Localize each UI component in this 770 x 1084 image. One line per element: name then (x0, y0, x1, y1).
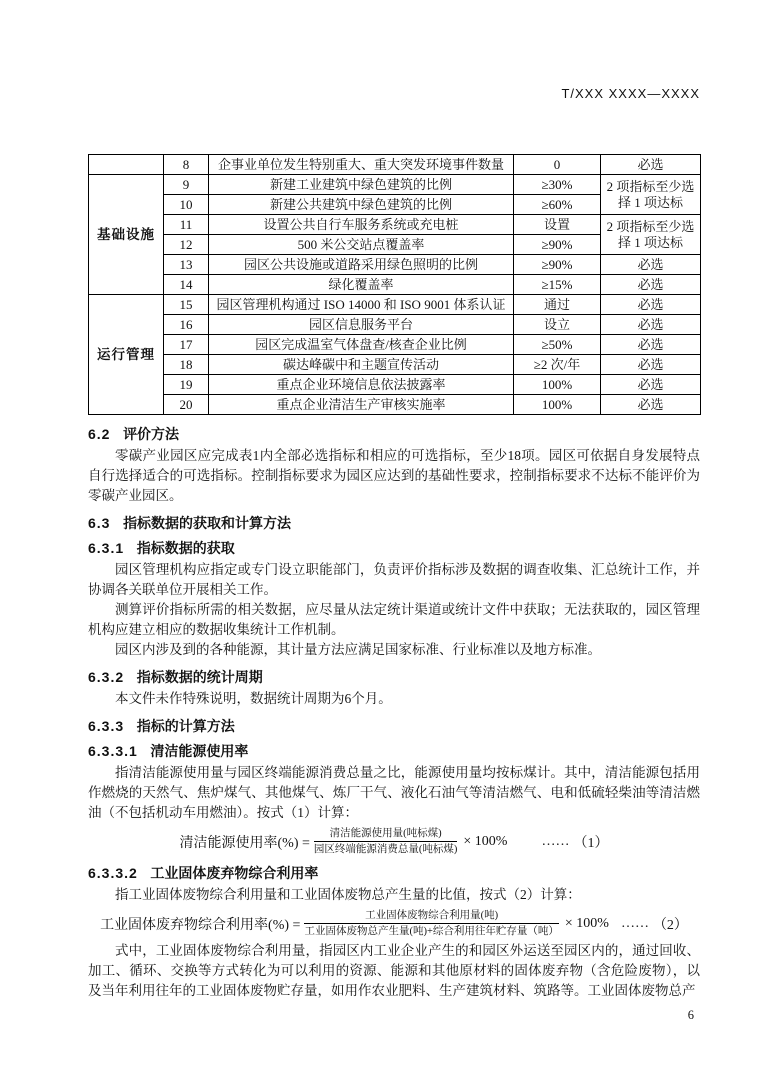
index-cell: 12 (164, 235, 209, 255)
selection-cell: 必选 (601, 335, 701, 355)
paragraph: 园区内涉及到的各种能源，其计量方法应满足国家标准、行业标准以及地方标准。 (88, 640, 700, 660)
doc-number: T/XXX XXXX—XXXX (88, 86, 700, 102)
indicator-name-cell: 园区管理机构通过 ISO 14000 和 ISO 9001 体系认证 (209, 295, 514, 315)
index-cell: 20 (164, 395, 209, 415)
fraction: 工业固体废物综合利用量(吨) 工业固体废物总产生量(吨)+综合利用往年贮存量（吨… (304, 909, 558, 938)
formula-lhs: 清洁能源使用率(%) = (180, 832, 310, 852)
numerator: 清洁能源使用量(吨标煤) (314, 827, 458, 842)
indicator-name-cell: 绿化覆盖率 (209, 275, 514, 295)
paragraph: 本文件未作特殊说明，数据统计周期为6个月。 (88, 689, 700, 709)
table-row: 18 碳达峰碳中和主题宣传活动 ≥2 次/年 必选 (89, 355, 701, 375)
formula-2: 工业固体废弃物综合利用率(%) = 工业固体废物综合利用量(吨) 工业固体废物总… (88, 909, 700, 938)
selection-cell: 必选 (601, 375, 701, 395)
indicator-table: 8 企事业单位发生特别重大、重大突发环境事件数量 0 必选 基础设施 9 新建工… (88, 154, 701, 415)
table-row: 8 企事业单位发生特别重大、重大突发环境事件数量 0 必选 (89, 155, 701, 175)
requirement-cell: 100% (514, 375, 601, 395)
indicator-name-cell: 500 米公交站点覆盖率 (209, 235, 514, 255)
paragraph: 式中，工业固体废物综合利用量，指园区内工业企业产生的和园区外运送至园区内的，通过… (88, 941, 700, 1001)
selection-cell: 2 项指标至少选择 1 项达标 (601, 175, 701, 215)
selection-cell: 必选 (601, 315, 701, 335)
indicator-name-cell: 设置公共自行车服务系统或充电桩 (209, 215, 514, 235)
requirement-cell: 设立 (514, 315, 601, 335)
selection-cell: 必选 (601, 295, 701, 315)
paragraph: 测算评价指标所需的相关数据，应尽量从法定统计渠道或统计文件中获取；无法获取的，园… (88, 600, 700, 640)
page-content: T/XXX XXXX—XXXX 8 企事业单位发生特别重大、重大突发环境事件数量… (88, 86, 700, 1001)
requirement-cell: ≥50% (514, 335, 601, 355)
heading-number: 6.3.3.1 (88, 743, 138, 759)
section-heading-6-3-3: 6.3.3指标的计算方法 (88, 718, 700, 734)
denominator: 园区终端能源消费总量(吨标煤) (314, 842, 458, 856)
category-cell (89, 155, 164, 175)
requirement-cell: ≥2 次/年 (514, 355, 601, 375)
page-number: 6 (688, 1008, 694, 1023)
heading-number: 6.2 (88, 426, 110, 442)
category-cell: 运行管理 (89, 295, 164, 415)
formula-label: （2） (653, 914, 688, 934)
formula-lhs: 工业固体废弃物综合利用率(%) = (100, 914, 300, 934)
heading-number: 6.3.3.2 (88, 865, 138, 881)
formula-dots: …… (541, 834, 569, 850)
indicator-name-cell: 企事业单位发生特别重大、重大突发环境事件数量 (209, 155, 514, 175)
heading-title: 指标数据的获取 (137, 540, 235, 556)
indicator-name-cell: 重点企业环境信息依法披露率 (209, 375, 514, 395)
index-cell: 17 (164, 335, 209, 355)
table-row: 14 绿化覆盖率 ≥15% 必选 (89, 275, 701, 295)
section-heading-6-3-3-2: 6.3.3.2工业固体废弃物综合利用率 (88, 865, 700, 881)
section-heading-6-3-2: 6.3.2指标数据的统计周期 (88, 669, 700, 685)
index-cell: 11 (164, 215, 209, 235)
heading-title: 工业固体废弃物综合利用率 (150, 865, 318, 881)
denominator: 工业固体废物总产生量(吨)+综合利用往年贮存量（吨） (304, 924, 558, 938)
selection-cell: 必选 (601, 395, 701, 415)
paragraph: 园区管理机构应指定或专门设立职能部门，负责评价指标涉及数据的调查收集、汇总统计工… (88, 560, 700, 600)
indicator-name-cell: 园区完成温室气体盘查/核查企业比例 (209, 335, 514, 355)
selection-cell: 必选 (601, 155, 701, 175)
heading-title: 清洁能源使用率 (150, 743, 248, 759)
formula-multiplier: × 100% (463, 834, 507, 850)
requirement-cell: ≥90% (514, 255, 601, 275)
table-row: 16 园区信息服务平台 设立 必选 (89, 315, 701, 335)
formula-1: 清洁能源使用率(%) = 清洁能源使用量(吨标煤) 园区终端能源消费总量(吨标煤… (88, 827, 700, 856)
indicator-name-cell: 新建公共建筑中绿色建筑的比例 (209, 195, 514, 215)
table-row: 20 重点企业清洁生产审核实施率 100% 必选 (89, 395, 701, 415)
section-heading-6-3-3-1: 6.3.3.1清洁能源使用率 (88, 743, 700, 759)
table-row: 13 园区公共设施或道路采用绿色照明的比例 ≥90% 必选 (89, 255, 701, 275)
index-cell: 15 (164, 295, 209, 315)
heading-number: 6.3.2 (88, 669, 124, 685)
heading-number: 6.3.1 (88, 540, 124, 556)
heading-number: 6.3.3 (88, 718, 124, 734)
index-cell: 18 (164, 355, 209, 375)
fraction: 清洁能源使用量(吨标煤) 园区终端能源消费总量(吨标煤) (314, 827, 458, 856)
indicator-name-cell: 重点企业清洁生产审核实施率 (209, 395, 514, 415)
index-cell: 13 (164, 255, 209, 275)
heading-title: 指标数据的统计周期 (137, 669, 263, 685)
selection-cell: 必选 (601, 355, 701, 375)
requirement-cell: ≥90% (514, 235, 601, 255)
heading-number: 6.3 (88, 515, 110, 531)
section-heading-6-3-1: 6.3.1指标数据的获取 (88, 540, 700, 556)
category-cell: 基础设施 (89, 175, 164, 295)
formula-multiplier: × 100% (565, 916, 609, 932)
index-cell: 14 (164, 275, 209, 295)
requirement-cell: ≥15% (514, 275, 601, 295)
selection-cell: 必选 (601, 275, 701, 295)
paragraph: 指清洁能源使用量与园区终端能源消费总量之比，能源使用量均按标煤计。其中，清洁能源… (88, 763, 700, 823)
paragraph: 零碳产业园区应完成表1内全部必选指标和相应的可选指标，至少18项。园区可依据自身… (88, 446, 700, 506)
table-row: 运行管理 15 园区管理机构通过 ISO 14000 和 ISO 9001 体系… (89, 295, 701, 315)
table-row: 17 园区完成温室气体盘查/核查企业比例 ≥50% 必选 (89, 335, 701, 355)
index-cell: 10 (164, 195, 209, 215)
indicator-name-cell: 新建工业建筑中绿色建筑的比例 (209, 175, 514, 195)
formula-label: （1） (573, 832, 608, 852)
formula-dots: …… (621, 916, 649, 932)
indicator-name-cell: 碳达峰碳中和主题宣传活动 (209, 355, 514, 375)
index-cell: 9 (164, 175, 209, 195)
requirement-cell: ≥60% (514, 195, 601, 215)
heading-title: 指标的计算方法 (137, 718, 235, 734)
document-page: T/XXX XXXX—XXXX 8 企事业单位发生特别重大、重大突发环境事件数量… (0, 0, 770, 1084)
table-row: 11 设置公共自行车服务系统或充电桩 设置 2 项指标至少选择 1 项达标 (89, 215, 701, 235)
indicator-name-cell: 园区信息服务平台 (209, 315, 514, 335)
table-row: 19 重点企业环境信息依法披露率 100% 必选 (89, 375, 701, 395)
numerator: 工业固体废物综合利用量(吨) (304, 909, 558, 924)
selection-cell: 2 项指标至少选择 1 项达标 (601, 215, 701, 255)
indicator-name-cell: 园区公共设施或道路采用绿色照明的比例 (209, 255, 514, 275)
section-heading-6-3: 6.3指标数据的获取和计算方法 (88, 515, 700, 531)
index-cell: 16 (164, 315, 209, 335)
requirement-cell: 100% (514, 395, 601, 415)
requirement-cell: 0 (514, 155, 601, 175)
selection-cell: 必选 (601, 255, 701, 275)
paragraph: 指工业固体废物综合利用量和工业固体废物总产生量的比值，按式（2）计算： (88, 885, 700, 905)
requirement-cell: ≥30% (514, 175, 601, 195)
heading-title: 指标数据的获取和计算方法 (123, 515, 291, 531)
index-cell: 19 (164, 375, 209, 395)
requirement-cell: 设置 (514, 215, 601, 235)
section-heading-6-2: 6.2评价方法 (88, 426, 700, 442)
table-row: 基础设施 9 新建工业建筑中绿色建筑的比例 ≥30% 2 项指标至少选择 1 项… (89, 175, 701, 195)
index-cell: 8 (164, 155, 209, 175)
heading-title: 评价方法 (123, 426, 179, 442)
requirement-cell: 通过 (514, 295, 601, 315)
